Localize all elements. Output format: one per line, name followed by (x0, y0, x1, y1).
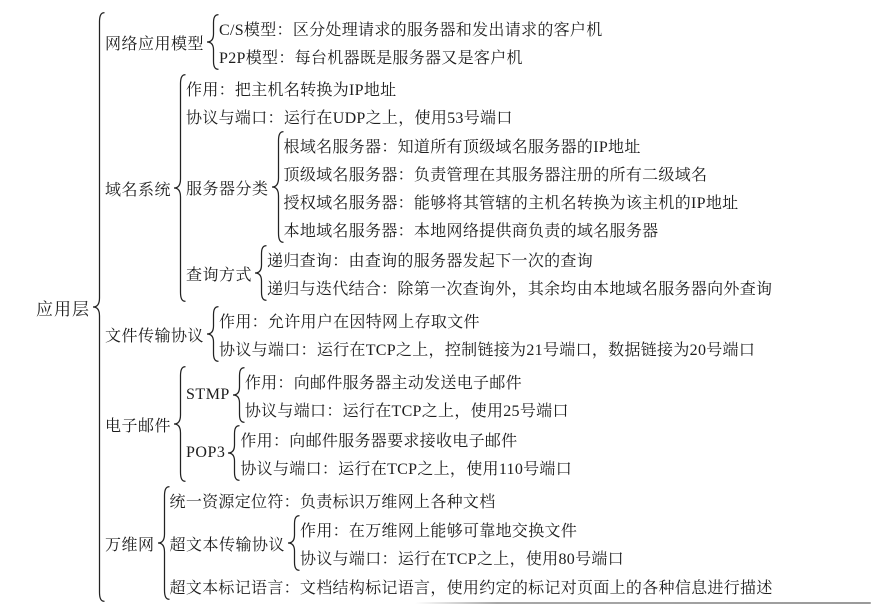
node-label: 服务器分类 (186, 176, 271, 199)
leaf-text: 作用：允许用户在因特网上存取文件 (219, 306, 480, 334)
scan-edge-line (415, 602, 871, 604)
leaf-text: 统一资源定位符：负责标识万维网上各种文档 (170, 486, 496, 514)
node-label: 查询方式 (186, 262, 254, 285)
group-dns: 域名系统 作用：把主机名转换为IP地址 协议与端口：运行在UDP之上，使用53号… (105, 74, 772, 302)
curly-brace (173, 74, 186, 302)
leaf-text: 协议与端口：运行在TCP之上，控制链接为21号端口，数据链接为20号端口 (219, 334, 755, 362)
curly-brace (206, 306, 219, 362)
node-label: POP3 (186, 444, 227, 462)
group-www: 万维网 统一资源定位符：负责标识万维网上各种文档 超文本传输协议 作用：在万维网… (105, 486, 773, 600)
leaf-text: 作用：向邮件服务器主动发送电子邮件 (245, 367, 522, 395)
leaf-text: 本地域名服务器：本地网络提供商负责的域名服务器 (284, 215, 659, 243)
leaf-text: 作用：在万维网上能够可靠地交换文件 (300, 515, 577, 543)
leaf-text: 协议与端口：运行在TCP之上，使用80号端口 (300, 543, 624, 571)
node-label: 域名系统 (105, 177, 173, 200)
curly-brace (287, 515, 300, 571)
leaf-text: 顶级域名服务器：负责管理在其服务器注册的所有二级域名 (284, 159, 708, 187)
node-label: STMP (186, 386, 232, 404)
node-label: 网络应用模型 (105, 31, 206, 54)
group-application-layer: 应用层 网络应用模型 C/S模型：区分处理请求的服务器和发出请求的客户机 P2P… (36, 12, 773, 602)
leaf-text: C/S模型：区分处理请求的服务器和发出请求的客户机 (219, 14, 603, 42)
bracket-diagram-canvas: 应用层 网络应用模型 C/S模型：区分处理请求的服务器和发出请求的客户机 P2P… (0, 0, 873, 613)
group-http: 超文本传输协议 作用：在万维网上能够可靠地交换文件 协议与端口：运行在TCP之上… (170, 515, 624, 571)
leaf-text: 协议与端口：运行在TCP之上，使用110号端口 (240, 453, 572, 481)
group-ftp: 文件传输协议 作用：允许用户在因特网上存取文件 协议与端口：运行在TCP之上，控… (105, 306, 755, 362)
group-email: 电子邮件 STMP 作用：向邮件服务器主动发送电子邮件 协议与端口：运行在TCP… (105, 366, 572, 482)
root-label: 应用层 (36, 295, 92, 320)
leaf-text: 作用：把主机名转换为IP地址 (186, 74, 396, 102)
group-network-application-model: 网络应用模型 C/S模型：区分处理请求的服务器和发出请求的客户机 P2P模型：每… (105, 14, 603, 70)
leaf-text: 协议与端口：运行在TCP之上，使用25号端口 (245, 395, 569, 423)
curly-brace (206, 14, 219, 70)
group-query-mode: 查询方式 递归查询：由查询的服务器发起下一次的查询 递归与迭代结合：除第一次查询… (186, 245, 772, 301)
leaf-text: 递归与迭代结合：除第一次查询外，其余均由本地域名服务器向外查询 (267, 273, 772, 301)
curly-brace (271, 131, 284, 243)
curly-brace (232, 367, 245, 423)
leaf-text: 授权域名服务器：能够将其管辖的主机名转换为该主机的IP地址 (284, 187, 739, 215)
curly-brace (92, 12, 105, 602)
leaf-text: 递归查询：由查询的服务器发起下一次的查询 (267, 245, 593, 273)
group-stmp: STMP 作用：向邮件服务器主动发送电子邮件 协议与端口：运行在TCP之上，使用… (186, 367, 569, 423)
curly-brace (157, 486, 170, 600)
group-pop3: POP3 作用：向邮件服务器要求接收电子邮件 协议与端口：运行在TCP之上，使用… (186, 425, 572, 481)
node-label: 万维网 (105, 532, 157, 555)
leaf-text: 超文本标记语言：文档结构标记语言，使用约定的标记对页面上的各种信息进行描述 (170, 572, 773, 600)
curly-brace (173, 366, 186, 482)
curly-brace (227, 425, 240, 481)
leaf-text: 作用：向邮件服务器要求接收电子邮件 (240, 425, 517, 453)
node-label: 文件传输协议 (105, 323, 206, 346)
leaf-text: 协议与端口：运行在UDP之上，使用53号端口 (186, 102, 513, 130)
node-label: 电子邮件 (105, 413, 173, 436)
node-label: 超文本传输协议 (170, 532, 288, 555)
group-server-classification: 服务器分类 根域名服务器：知道所有顶级域名服务器的IP地址 顶级域名服务器：负责… (186, 131, 738, 243)
leaf-text: 根域名服务器：知道所有顶级域名服务器的IP地址 (284, 131, 641, 159)
curly-brace (254, 245, 267, 301)
leaf-text: P2P模型：每台机器既是服务器又是客户机 (219, 42, 523, 70)
